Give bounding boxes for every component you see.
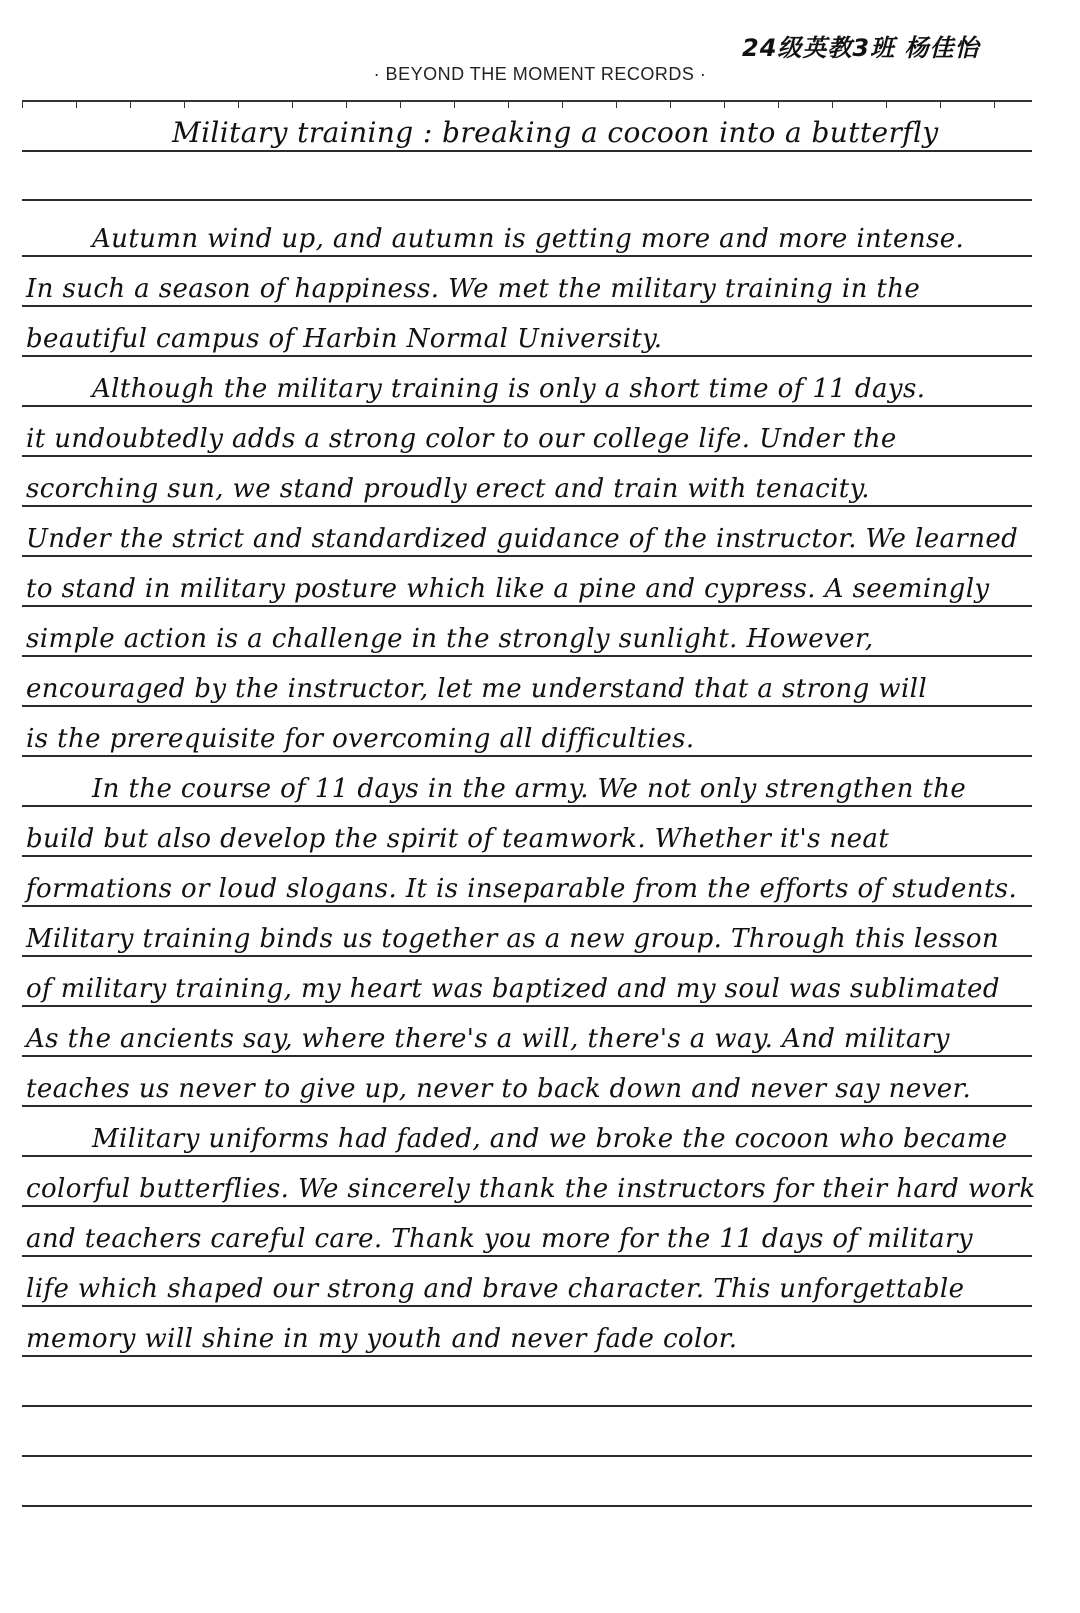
blank-line [22, 153, 1032, 201]
baseline [22, 805, 1032, 807]
baseline [22, 1355, 1032, 1357]
baseline [22, 1005, 1032, 1007]
baseline [22, 855, 1032, 857]
baseline [22, 150, 1032, 152]
essay-line: simple action is a challenge in the stro… [22, 609, 1032, 657]
baseline [22, 1155, 1032, 1157]
essay-line [22, 1459, 1032, 1507]
baseline [22, 199, 1032, 201]
page-header: · BEYOND THE MOMENT RECORDS · [0, 64, 1080, 85]
essay-line: teaches us never to give up, never to ba… [22, 1059, 1032, 1107]
baseline [22, 955, 1032, 957]
essay-line: it undoubtedly adds a strong color to ou… [22, 409, 1032, 457]
baseline [22, 305, 1032, 307]
essay-line: In the course of 11 days in the army. We… [22, 759, 1032, 807]
line-text: scorching sun, we stand proudly erect an… [26, 474, 870, 504]
baseline [22, 705, 1032, 707]
title-line: Military training : breaking a cocoon in… [22, 104, 1032, 152]
essay-line: life which shaped our strong and brave c… [22, 1259, 1032, 1307]
essay-line: Autumn wind up, and autumn is getting mo… [22, 209, 1032, 257]
line-text: colorful butterflies. We sincerely thank… [26, 1174, 1036, 1204]
line-text: build but also develop the spirit of tea… [26, 824, 889, 854]
essay-line: beautiful campus of Harbin Normal Univer… [22, 309, 1032, 357]
essay-line: Although the military training is only a… [22, 359, 1032, 407]
line-text: Military uniforms had faded, and we brok… [92, 1124, 1008, 1154]
line-text: Military training binds us together as a… [26, 924, 999, 954]
baseline [22, 655, 1032, 657]
essay-line: and teachers careful care. Thank you mor… [22, 1209, 1032, 1257]
line-text: beautiful campus of Harbin Normal Univer… [26, 324, 662, 354]
line-text: memory will shine in my youth and never … [26, 1324, 737, 1354]
essay-line: Military uniforms had faded, and we brok… [22, 1109, 1032, 1157]
baseline [22, 405, 1032, 407]
essay-line: scorching sun, we stand proudly erect an… [22, 459, 1032, 507]
baseline [22, 1405, 1032, 1407]
baseline [22, 1055, 1032, 1057]
baseline [22, 255, 1032, 257]
essay-line: formations or loud slogans. It is insepa… [22, 859, 1032, 907]
line-text: In the course of 11 days in the army. We… [92, 774, 966, 804]
line-text: is the prerequisite for overcoming all d… [26, 724, 695, 754]
essay-line [22, 1409, 1032, 1457]
baseline [22, 755, 1032, 757]
baseline [22, 1105, 1032, 1107]
baseline [22, 1505, 1032, 1507]
essay-line [22, 1359, 1032, 1407]
baseline [22, 605, 1032, 607]
essay-line: build but also develop the spirit of tea… [22, 809, 1032, 857]
baseline [22, 1305, 1032, 1307]
line-text: encouraged by the instructor, let me und… [26, 674, 927, 704]
essay-line: In such a season of happiness. We met th… [22, 259, 1032, 307]
line-text: of military training, my heart was bapti… [26, 974, 1000, 1004]
baseline [22, 1455, 1032, 1457]
line-text: simple action is a challenge in the stro… [26, 624, 874, 654]
baseline [22, 455, 1032, 457]
line-text: life which shaped our strong and brave c… [26, 1274, 964, 1304]
author-note: 24级英教3班 杨佳怡 [742, 28, 979, 63]
line-text: to stand in military posture which like … [26, 574, 990, 604]
essay-line: Under the strict and standardized guidan… [22, 509, 1032, 557]
line-text: Although the military training is only a… [92, 374, 925, 404]
essay-line: to stand in military posture which like … [22, 559, 1032, 607]
baseline [22, 355, 1032, 357]
line-text: and teachers careful care. Thank you mor… [26, 1224, 973, 1254]
line-text: Under the strict and standardized guidan… [26, 524, 1018, 554]
essay-line: encouraged by the instructor, let me und… [22, 659, 1032, 707]
line-text: As the ancients say, where there's a wil… [26, 1024, 950, 1054]
baseline [22, 505, 1032, 507]
essay-line: of military training, my heart was bapti… [22, 959, 1032, 1007]
line-text: formations or loud slogans. It is insepa… [26, 874, 1017, 904]
essay-line: colorful butterflies. We sincerely thank… [22, 1159, 1032, 1207]
essay-line: As the ancients say, where there's a wil… [22, 1009, 1032, 1057]
essay-line: Military training binds us together as a… [22, 909, 1032, 957]
line-text: In such a season of happiness. We met th… [26, 274, 920, 304]
baseline [22, 905, 1032, 907]
line-text: it undoubtedly adds a strong color to ou… [26, 424, 897, 454]
baseline [22, 555, 1032, 557]
essay-title: Military training : breaking a cocoon in… [172, 116, 939, 149]
essay-line: memory will shine in my youth and never … [22, 1309, 1032, 1357]
baseline [22, 1255, 1032, 1257]
line-text: Autumn wind up, and autumn is getting mo… [92, 224, 964, 254]
line-text: teaches us never to give up, never to ba… [26, 1074, 971, 1104]
essay-line: is the prerequisite for overcoming all d… [22, 709, 1032, 757]
baseline [22, 1205, 1032, 1207]
